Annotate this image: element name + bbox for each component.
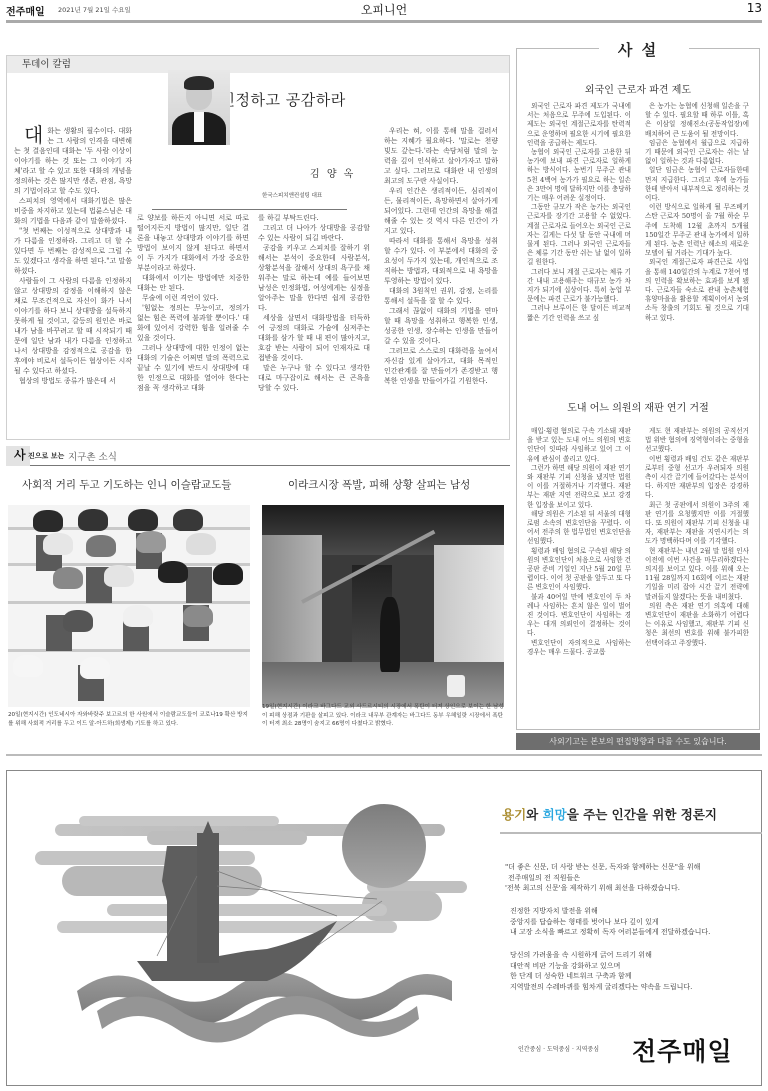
photo-caption-1: 20일(현지시간) 인도네시아 자와바랏주 보고르의 한 사원에서 이슬람교도들… bbox=[8, 711, 252, 728]
column-headline: 대화는 인정하고 공감하라 bbox=[7, 89, 509, 110]
editorial-title-1: 외국인 근로자 파견 제도 bbox=[517, 81, 759, 96]
author-title: 한국스피치앤컨설팅 대표 bbox=[262, 191, 322, 199]
ad-paragraph-3: 당신의 가려움을 속 시원하게 긁어 드리기 위해 대안적 비판 기능을 강화하… bbox=[510, 950, 692, 992]
photo-caption-2: 19일(현지시간) 이라크 바그다드 교외 사드르시티의 시장에서 폭탄이 터져… bbox=[262, 703, 506, 729]
editorial-box: 사 설 외국인 근로자 파견 제도 외국인 근로자 파견 제도가 국내에서는 처… bbox=[516, 48, 760, 730]
newspaper-logo: 전주매일 bbox=[632, 1032, 733, 1068]
masthead: 전주매일 2021년 7월 21일 수요일 오피니언 13 bbox=[6, 0, 762, 22]
header-initial: 사 bbox=[14, 446, 26, 463]
column-text-col4: 우리는 혀, 이를 통해 말을 걸러서 하는 지혜가 필요하다. '말로는 천량… bbox=[384, 126, 498, 386]
author-name: 김 양 옥 bbox=[310, 165, 355, 180]
column-text-col3: 를 하길 부탁드린다. 그리고 더 나아가 상대방을 공감할 수 있는 사람이 … bbox=[258, 213, 370, 393]
ship-illustration bbox=[7, 771, 487, 1085]
editorial-1-col2: 은 농가는 농협에 신청해 일손을 구할 수 있다. 필요할 때 하루 이틀, … bbox=[645, 102, 749, 323]
page-number: 13 bbox=[747, 1, 762, 15]
photo-title-2: 이라크시장 폭발, 피해 상황 살피는 남성 bbox=[288, 477, 470, 492]
editorial-2-col2: 게도 현 재판부는 의원의 공직선거법 위반 혐의에 징역형이라는 중형을 선고… bbox=[645, 427, 749, 648]
section-divider bbox=[6, 754, 762, 756]
editorial-title-2: 도내 어느 의원의 재판 연기 거절 bbox=[517, 399, 759, 414]
editorial-label: 사 설 bbox=[517, 39, 759, 60]
dropcap: 대 bbox=[24, 126, 43, 144]
ad-title-hope: 희망 bbox=[543, 807, 567, 822]
column-text-col1: 대 화는 생활의 필수이다. 대화는 그 사람의 인격을 대변해는 첫 결음인데… bbox=[14, 126, 132, 386]
ad-title-divider bbox=[500, 832, 762, 834]
column-band-label: 투데이 칼럼 bbox=[7, 56, 509, 73]
author-divider bbox=[152, 209, 347, 210]
editorial-2-col1: 매입·횡령 혐의로 구속 기소돼 재판을 받고 있는 도내 어느 의원의 변호인… bbox=[527, 427, 631, 657]
masthead-divider bbox=[6, 20, 762, 23]
photo-market-blast bbox=[262, 505, 504, 707]
portrait-hair bbox=[184, 76, 214, 90]
ad-title-courage: 용기 bbox=[502, 807, 526, 822]
column-text-col2: 로 양보를 하든지 아니면 서로 따로 떨어지든지 방법이 많지만, 일단 결론… bbox=[137, 213, 249, 393]
photo-news-header: 사 진으로 보는 지구촌 소식 bbox=[6, 444, 510, 466]
photo-title-1: 사회적 거리 두고 기도하는 인니 이슬람교도들 bbox=[22, 477, 231, 492]
portrait-shirt bbox=[194, 112, 204, 142]
disclaimer-banner: 사외기고는 본보의 편집방향과 다를 수도 있습니다. bbox=[516, 733, 760, 750]
ad-paragraph-2: 진정한 지방자치 발전을 위해 중앙지를 답습하는 형태를 벗어나 보다 깊이 … bbox=[510, 906, 710, 938]
ad-paragraph-1: "더 좋은 신문, 더 사랑 받는 신문, 독자와 함께하는 신문"을 위해 전… bbox=[505, 862, 700, 894]
section-title: 오피니언 bbox=[6, 1, 762, 18]
editorial-1-col1: 외국인 근로자 파견 제도가 국내에서는 처음으로 무주에 도입된다. 이 제도… bbox=[527, 102, 631, 323]
header-light-text: 지구촌 소식 bbox=[68, 449, 117, 463]
photo-prayer bbox=[8, 505, 250, 707]
author-portrait bbox=[168, 70, 230, 145]
ad-title: 용기와 희망을 주는 인간을 위한 정론지 bbox=[502, 805, 717, 823]
ad-slogan: 인간중심 · 도덕중심 · 지역중심 bbox=[518, 1044, 599, 1053]
header-small-text: 진으로 보는 bbox=[28, 451, 64, 461]
man-figure bbox=[380, 597, 400, 672]
